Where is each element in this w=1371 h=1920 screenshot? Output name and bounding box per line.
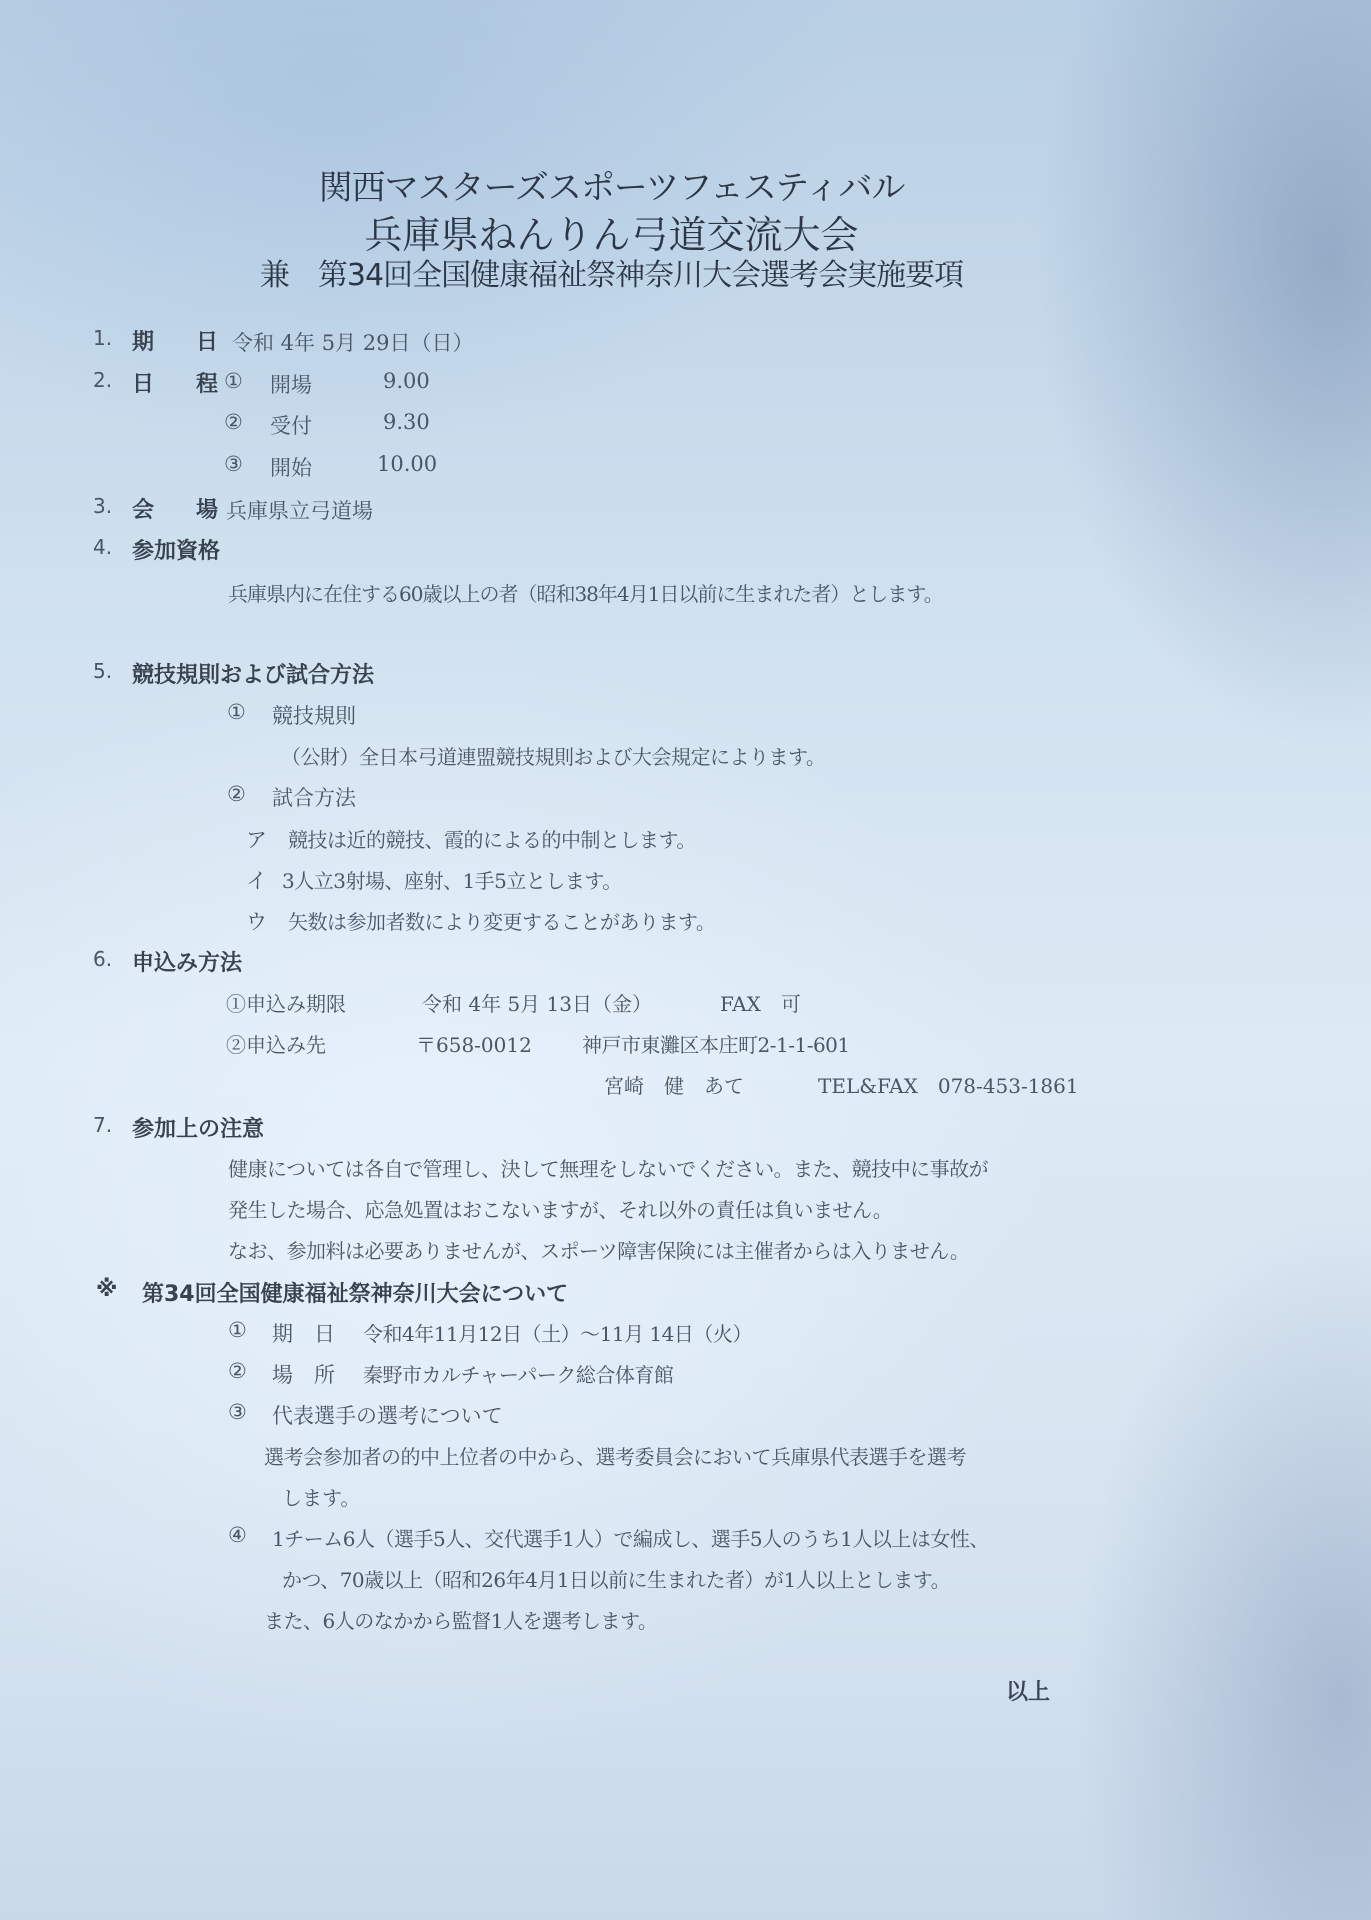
note-item-mark: ④ (228, 1523, 247, 1547)
national-event-dates: 令和4年11月12日（土）～11月 14日（火） (363, 1318, 752, 1347)
eligibility-text: 兵庫県内に在住する60歳以上の者（昭和38年4月1日以前に生まれた者）とします。 (228, 578, 943, 607)
recipient: 宮崎 健 あて (604, 1070, 744, 1099)
section-heading-venue: 会 場 (132, 493, 228, 524)
section-number: 7. (93, 1113, 112, 1137)
section-heading-application: 申込み方法 (132, 946, 242, 977)
national-event-venue: 秦野市カルチャーパーク総合体育館 (363, 1359, 673, 1388)
note-item-mark: ③ (228, 1400, 247, 1424)
note-mark: ※ (96, 1277, 117, 1302)
section-heading-rules: 競技規則および試合方法 (132, 658, 374, 689)
selection-text-cont: します。 (282, 1482, 360, 1511)
rules-mark: ① (227, 700, 246, 724)
section-number: 3. (93, 494, 112, 518)
note-item-label: 代表選手の選考について (272, 1400, 503, 1430)
note-item-label: 場 所 (272, 1359, 335, 1389)
section-heading-schedule: 日 程 (132, 367, 228, 398)
venue-name: 兵庫県立弓道場 (226, 495, 373, 525)
rules-text: （公財）全日本弓道連盟競技規則および大会規定によります。 (281, 741, 825, 770)
selection-text: 選考会参加者の的中上位者の中から、選考委員会において兵庫県代表選手を選考 (264, 1441, 966, 1470)
address: 神戸市東灘区本庄町2-1-1-601 (582, 1029, 850, 1058)
section-heading-notes: 参加上の注意 (132, 1112, 264, 1143)
notes-line: 健康については各自で管理し、決して無理をしないでください。また、競技中に事故が (228, 1153, 988, 1182)
rules-label: 競技規則 (272, 700, 356, 730)
section-number: 4. (93, 535, 112, 559)
note-item-mark: ① (228, 1318, 247, 1342)
address-label: ②申込み先 (226, 1029, 326, 1058)
schedule-label: 開始 (270, 452, 312, 482)
closing-mark: 以上 (1006, 1675, 1050, 1706)
method-mark: ア (246, 824, 267, 854)
deadline-date: 令和 4年 5月 13日（金） (422, 988, 652, 1017)
fax-accepted: FAX 可 (720, 988, 801, 1017)
method-mark: ウ (246, 906, 267, 936)
section-heading-eligibility: 参加資格 (132, 534, 220, 565)
section-number: 1. (93, 326, 112, 350)
event-date: 令和 4年 5月 29日（日） (232, 327, 473, 357)
method-text: 競技は近的競技、霞的による的中制とします。 (288, 824, 696, 853)
method-text: 矢数は参加者数により変更することがあります。 (288, 906, 715, 935)
tel-fax: TEL&FAX 078-453-1861 (818, 1070, 1079, 1099)
title-festival: 関西マスターズスポーツフェスティバル (0, 160, 1297, 209)
schedule-time: 9.30 (383, 410, 430, 434)
schedule-mark: ② (224, 410, 243, 434)
section-number: 6. (93, 947, 112, 971)
deadline-label: ①申込み期限 (226, 988, 346, 1017)
section-number: 2. (93, 368, 112, 392)
team-composition-cont: かつ、70歳以上（昭和26年4月1日以前に生まれた者）が1人以上とします。 (282, 1564, 950, 1593)
note-item-label: 期 日 (272, 1318, 335, 1348)
section-number: 5. (93, 659, 112, 683)
team-composition: 1チーム6人（選手5人、交代選手1人）で編成し、選手5人のうち1人以上は女性、 (272, 1523, 989, 1552)
schedule-mark: ③ (224, 452, 243, 476)
note-heading: 第34回全国健康福祉祭神奈川大会について (142, 1277, 568, 1308)
notes-line: なお、参加料は必要ありませんが、スポーツ障害保険には主催者からは入りません。 (228, 1235, 969, 1264)
manager-selection: また、6人のなかから監督1人を選考します。 (264, 1605, 657, 1634)
method-mark: ② (227, 782, 246, 806)
schedule-label: 受付 (270, 410, 312, 440)
method-text: 3人立3射場、座射、1手5立とします。 (282, 865, 622, 894)
method-label: 試合方法 (272, 782, 356, 812)
section-heading-date: 期 日 (132, 325, 228, 356)
schedule-mark: ① (224, 369, 243, 393)
method-mark: イ (246, 865, 267, 895)
notes-line: 発生した場合、応急処置はおこないますが、それ以外の責任は負いません。 (228, 1194, 892, 1223)
note-item-mark: ② (228, 1359, 247, 1383)
schedule-label: 開場 (270, 369, 312, 399)
schedule-time: 9.00 (383, 369, 430, 393)
title-selection: 兼 第34回全国健康福祉祭神奈川大会選考会実施要項 (0, 250, 1297, 294)
schedule-time: 10.00 (377, 452, 437, 476)
postal-code: 〒658-0012 (416, 1029, 532, 1058)
